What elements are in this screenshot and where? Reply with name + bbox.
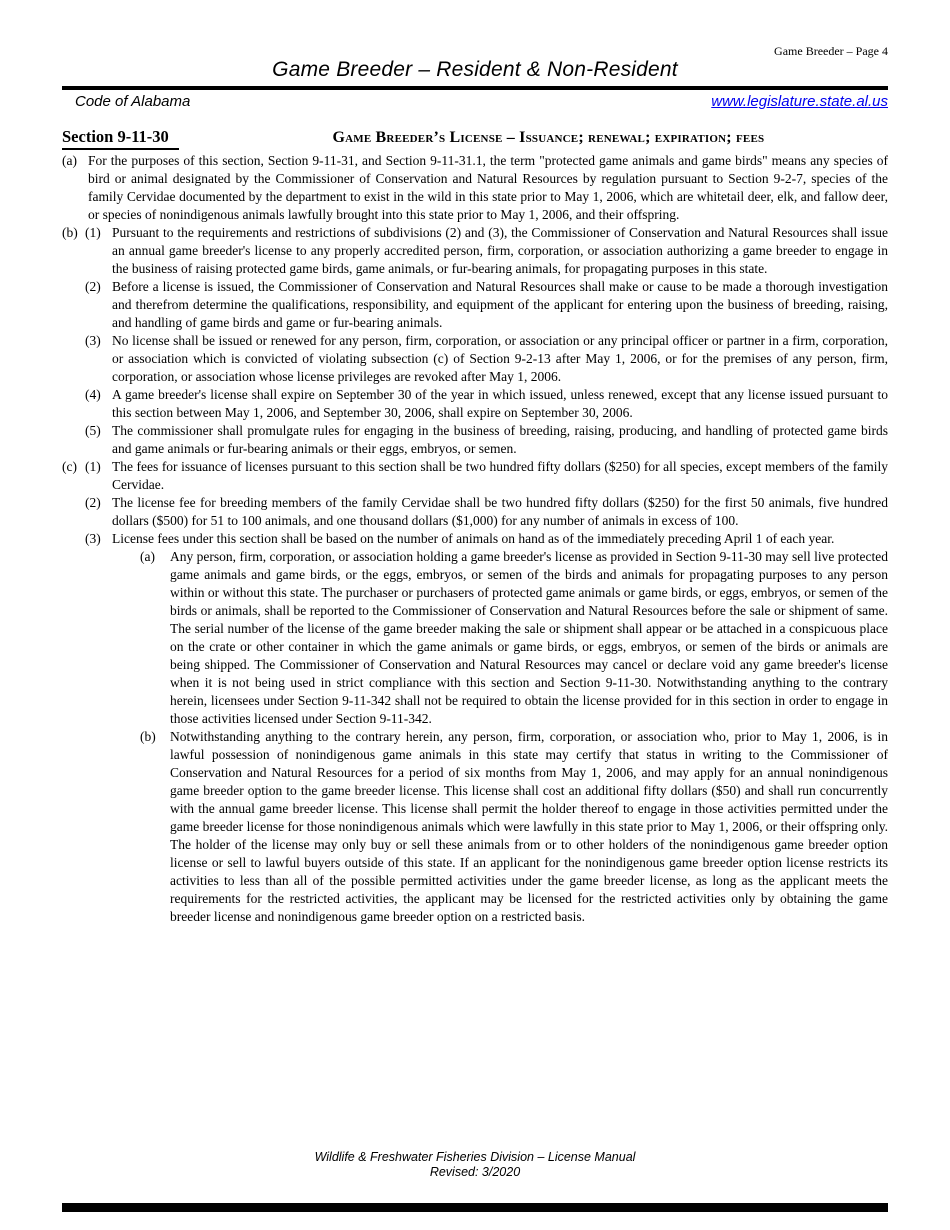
paragraph-text: Before a license is issued, the Commissi… <box>112 278 888 332</box>
paragraph-marker: (a) <box>62 152 88 170</box>
paragraph-b3: (3)No license shall be issued or renewed… <box>62 332 888 386</box>
paragraph-c3b: (b)Notwithstanding anything to the contr… <box>62 728 888 926</box>
paragraph-text: License fees under this section shall be… <box>112 530 888 548</box>
paragraph-text: The commissioner shall promulgate rules … <box>112 422 888 458</box>
paragraph-text: The license fee for breeding members of … <box>112 494 888 530</box>
paragraph-c3: (3)License fees under this section shall… <box>62 530 888 548</box>
page-number-label: Game Breeder – Page 4 <box>774 44 888 59</box>
paragraph-text: For the purposes of this section, Sectio… <box>88 152 888 224</box>
section-number: Section 9-11-30 <box>62 127 179 150</box>
paragraph-text: The fees for issuance of licenses pursua… <box>112 458 888 494</box>
paragraph-text: A game breeder's license shall expire on… <box>112 386 888 422</box>
footer-revised-line: Revised: 3/2020 <box>0 1165 950 1180</box>
paragraph-marker: (2) <box>85 278 112 296</box>
paragraph-marker: (b) <box>62 224 85 242</box>
footer-division-line: Wildlife & Freshwater Fisheries Division… <box>0 1150 950 1165</box>
paragraph-marker: (1) <box>85 224 112 242</box>
body-paragraphs: (a)For the purposes of this section, Sec… <box>62 152 888 926</box>
document-page: Game Breeder – Page 4 Game Breeder – Res… <box>0 0 950 1230</box>
subheader-row: Code of Alabama www.legislature.state.al… <box>62 93 888 110</box>
paragraph-c2: (2)The license fee for breeding members … <box>62 494 888 530</box>
paragraph-text: Any person, firm, corporation, or associ… <box>170 548 888 728</box>
paragraph-b1: (b)(1)Pursuant to the requirements and r… <box>62 224 888 278</box>
paragraph-marker: (a) <box>140 548 170 566</box>
page-footer: Wildlife & Freshwater Fisheries Division… <box>0 1150 950 1180</box>
paragraph-text: Pursuant to the requirements and restric… <box>112 224 888 278</box>
paragraph-marker: (c) <box>62 458 85 476</box>
paragraph-a: (a)For the purposes of this section, Sec… <box>62 152 888 224</box>
header-divider-rule <box>62 86 888 90</box>
paragraph-b2: (2)Before a license is issued, the Commi… <box>62 278 888 332</box>
legislature-link[interactable]: www.legislature.state.al.us <box>711 93 888 110</box>
code-of-alabama-label: Code of Alabama <box>62 93 190 110</box>
paragraph-marker: (b) <box>140 728 170 746</box>
paragraph-marker: (4) <box>85 386 112 404</box>
paragraph-c3a: (a)Any person, firm, corporation, or ass… <box>62 548 888 728</box>
paragraph-marker: (1) <box>85 458 112 476</box>
paragraph-b5: (5)The commissioner shall promulgate rul… <box>62 422 888 458</box>
paragraph-b4: (4)A game breeder's license shall expire… <box>62 386 888 422</box>
paragraph-marker: (3) <box>85 530 112 548</box>
footer-divider-rule <box>62 1203 888 1212</box>
section-heading: Game Breeder’s License – Issuance; renew… <box>179 129 888 147</box>
section-heading-row: Section 9-11-30 Game Breeder’s License –… <box>62 127 888 150</box>
paragraph-c1: (c)(1)The fees for issuance of licenses … <box>62 458 888 494</box>
paragraph-text: Notwithstanding anything to the contrary… <box>170 728 888 926</box>
paragraph-marker: (5) <box>85 422 112 440</box>
paragraph-marker: (3) <box>85 332 112 350</box>
paragraph-text: No license shall be issued or renewed fo… <box>112 332 888 386</box>
paragraph-marker: (2) <box>85 494 112 512</box>
document-title: Game Breeder – Resident & Non-Resident <box>0 58 950 82</box>
